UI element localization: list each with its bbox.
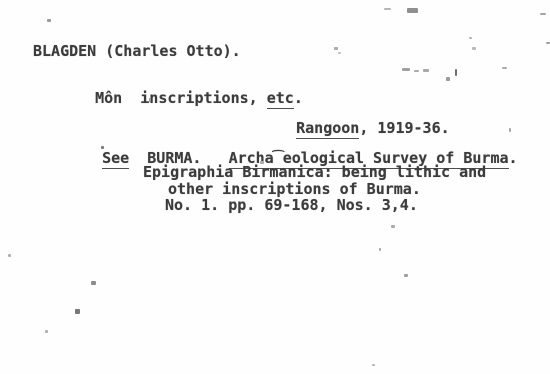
scan-speck — [47, 19, 51, 22]
scan-speck — [75, 309, 80, 314]
scan-speck — [45, 330, 48, 333]
scan-speck — [446, 77, 450, 81]
title-text: Môn inscriptions, — [95, 89, 267, 107]
note-line: Epigraphia Birmanica: being lithic and — [143, 164, 486, 181]
note-line: No. 1. pp. 69-168, Nos. 3,4. — [165, 197, 418, 214]
scan-speck — [404, 274, 408, 277]
scan-speck — [8, 254, 11, 257]
scan-speck — [149, 98, 151, 102]
scan-speck — [407, 8, 418, 13]
scan-speck — [379, 248, 381, 251]
scan-speck — [384, 8, 391, 10]
scan-speck — [338, 52, 341, 54]
see-word-underlined: See — [102, 149, 129, 169]
scan-speck — [509, 128, 511, 132]
author-heading: BLAGDEN (Charles Otto). — [33, 43, 241, 60]
scan-speck — [260, 161, 264, 164]
scan-speck — [91, 281, 96, 285]
scan-speck — [372, 364, 375, 366]
see-period: . — [509, 149, 518, 167]
catalogue-card: BLAGDEN (Charles Otto). Môn inscriptions… — [0, 0, 550, 374]
scan-speck — [469, 37, 472, 39]
scan-speck — [540, 13, 546, 15]
scan-speck — [546, 42, 550, 44]
scan-speck — [423, 69, 429, 72]
scan-speck — [391, 225, 395, 228]
scan-speck — [414, 70, 419, 72]
scan-speck — [334, 47, 338, 50]
scan-speck — [101, 146, 104, 149]
scan-speck — [502, 67, 507, 69]
scan-speck — [402, 68, 410, 71]
scan-speck — [472, 47, 476, 50]
scan-speck — [455, 69, 457, 76]
